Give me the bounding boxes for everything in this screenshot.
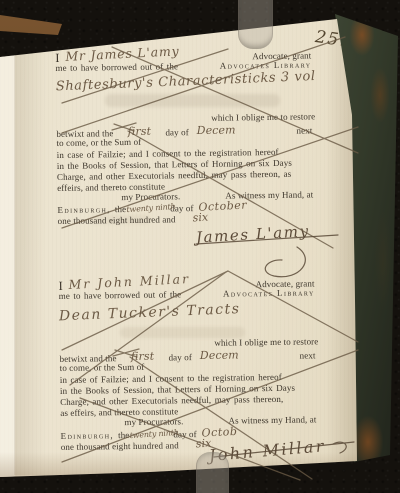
book-title-handwritten: Shaftesbury's Characteristicks 3 vol: [55, 69, 311, 94]
page-text: 25. I Mr James L'amy Advocate, grant me …: [0, 0, 400, 493]
borrowed-text: me to have borrowed out of the: [55, 61, 178, 73]
signed-year-handwritten: six: [192, 210, 208, 224]
witness-label: As witness my Hand, at: [228, 414, 316, 425]
book-title-handwritten: Dean Tucker's Tracts: [59, 298, 315, 324]
ledger-page: 25. I Mr James L'amy Advocate, grant me …: [0, 0, 400, 493]
binding-strap-top: [238, 0, 273, 49]
thousand-label: one thousand eight hundred and: [61, 440, 179, 452]
library-name: Advocates Library: [223, 287, 315, 298]
signature-handwritten: James L'amy: [195, 222, 310, 247]
procurators-label: my Procurators.: [124, 416, 183, 427]
indent: [57, 200, 121, 201]
thousand-label: one thousand eight hundred and: [58, 214, 176, 226]
binding-strap-bottom: [196, 452, 229, 493]
borrowed-text: me to have borrowed out of the: [59, 289, 182, 301]
indent: [60, 425, 124, 426]
photo-of-ledger-page: { "page": { "number": "25." }, "colors":…: [0, 0, 400, 493]
